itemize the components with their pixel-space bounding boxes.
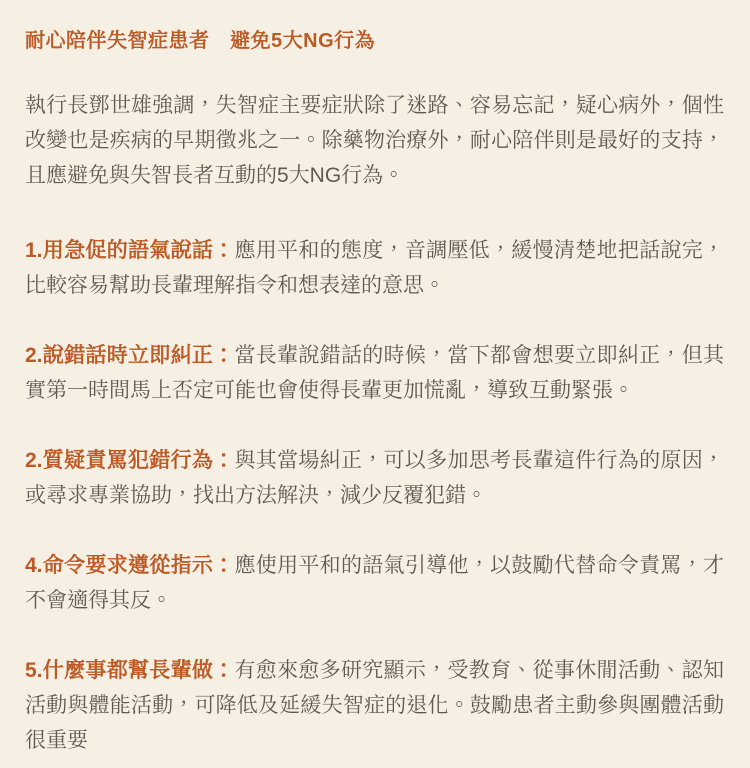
- ng-item-2-label: 2.說錯話時立即糾正：: [25, 344, 234, 367]
- ng-item-4: 4.命令要求遵從指示：應使用平和的語氣引導他，以鼓勵代替命令責罵，才不會適得其反…: [25, 548, 724, 618]
- article: 耐心陪伴失智症患者 避免5大NG行為 執行長鄧世雄強調，失智症主要症狀除了迷路、…: [0, 0, 750, 758]
- intro-paragraph: 執行長鄧世雄強調，失智症主要症狀除了迷路、容易忘記，疑心病外，個性改變也是疾病的…: [25, 88, 724, 193]
- article-title: 耐心陪伴失智症患者 避免5大NG行為: [25, 28, 724, 54]
- ng-item-1-label: 1.用急促的語氣說話：: [25, 239, 234, 262]
- ng-item-1: 1.用急促的語氣說話：應用平和的態度，音調壓低，緩慢清楚地把話說完，比較容易幫助…: [25, 233, 724, 303]
- ng-item-5: 5.什麼事都幫長輩做：有愈來愈多研究顯示，受教育、從事休閒活動、認知活動與體能活…: [25, 653, 724, 758]
- ng-item-3: 2.質疑責罵犯錯行為：與其當場糾正，可以多加思考長輩這件行為的原因，或尋求專業協…: [25, 443, 724, 513]
- ng-item-5-label: 5.什麼事都幫長輩做：: [25, 659, 234, 682]
- ng-item-3-label: 2.質疑責罵犯錯行為：: [25, 449, 234, 472]
- ng-item-2: 2.說錯話時立即糾正：當長輩說錯話的時候，當下都會想要立即糾正，但其實第一時間馬…: [25, 338, 724, 408]
- ng-item-4-label: 4.命令要求遵從指示：: [25, 554, 234, 577]
